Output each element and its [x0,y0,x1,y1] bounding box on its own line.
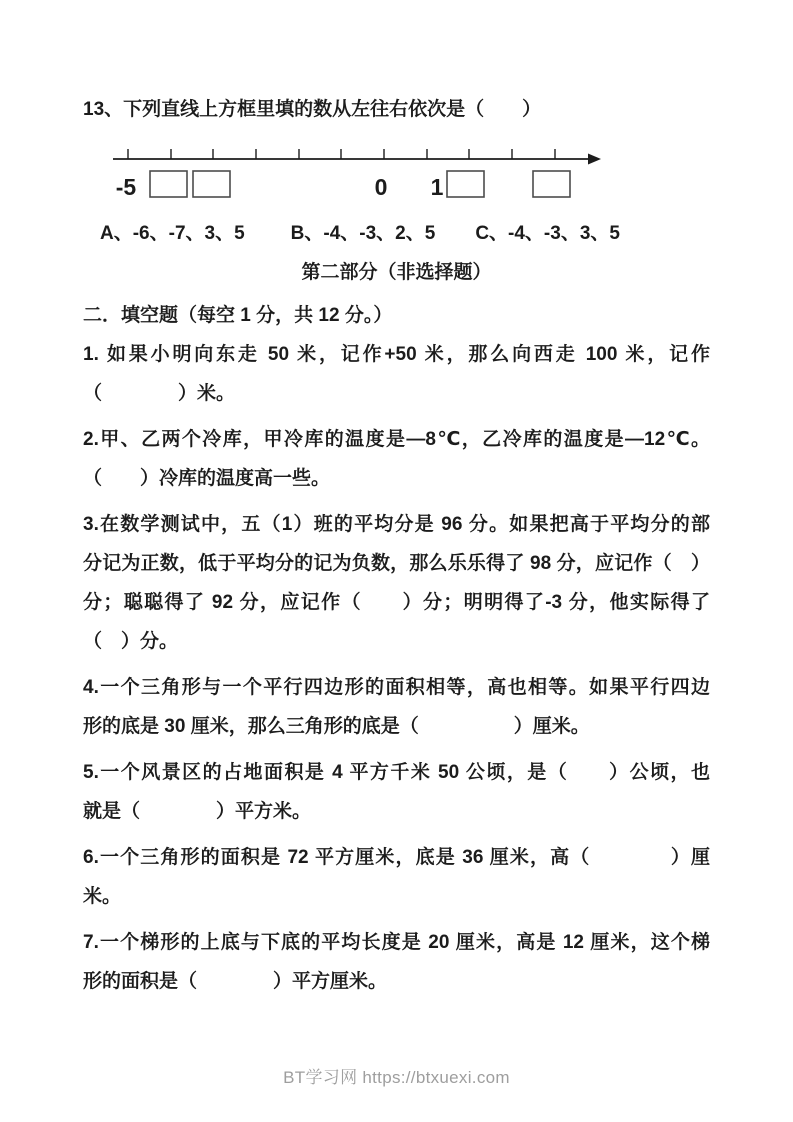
arrow-right-icon [588,154,601,165]
question-4-line-1: 4.一个三角形与一个平行四边形的面积相等，高也相等。如果平行四边 [83,668,710,707]
answer-boxes [150,171,570,197]
worksheet-page: 13、下列直线上方框里填的数从左往右依次是（ ） [0,0,793,1122]
question-5: 5.一个风景区的占地面积是 4 平方千米 50 公顷，是（ ）公顷，也 就是（ … [83,753,710,831]
question-1: 1. 如果小明向东走 50 米，记作+50 米，那么向西走 100 米，记作 （… [83,335,710,413]
question-2-line-1: 2.甲、乙两个冷库，甲冷库的温度是—8℃，乙冷库的温度是—12℃。 [83,420,710,459]
tick-marks [128,149,555,159]
question-2: 2.甲、乙两个冷库，甲冷库的温度是—8℃，乙冷库的温度是—12℃。 （ ）冷库的… [83,420,710,498]
options-row: A、-6、-7、3、5 B、-4、-3、2、5 C、-4、-3、3、5 [83,214,710,253]
option-a: A、-6、-7、3、5 [100,214,245,253]
question-3-line-1: 3.在数学测试中，五（1）班的平均分是 96 分。如果把高于平均分的部 [83,505,710,544]
question-7: 7.一个梯形的上底与下底的平均长度是 20 厘米，高是 12 厘米，这个梯 形的… [83,923,710,1001]
question-2-line-2: （ ）冷库的温度高一些。 [83,459,710,498]
answer-box-1 [150,171,187,197]
question-3: 3.在数学测试中，五（1）班的平均分是 96 分。如果把高于平均分的部 分记为正… [83,505,710,661]
option-b: B、-4、-3、2、5 [291,214,436,253]
question-6-line-2: 米。 [83,877,710,916]
question-1-line-1: 1. 如果小明向东走 50 米，记作+50 米，那么向西走 100 米，记作 [83,335,710,374]
footer-watermark: BT学习网 https://btxuexi.com [0,1068,793,1088]
question-4: 4.一个三角形与一个平行四边形的面积相等，高也相等。如果平行四边 形的底是 30… [83,668,710,746]
question-3-line-4: （ ）分。 [83,622,710,661]
question-4-line-2: 形的底是 30 厘米，那么三角形的底是（ ）厘米。 [83,707,710,746]
answer-box-4 [533,171,570,197]
question-1-line-2: （ ）米。 [83,374,710,413]
axis-label-0: 0 [375,174,388,200]
axis-label-1: 1 [431,174,444,200]
answer-box-3 [447,171,484,197]
question-5-line-2: 就是（ ）平方米。 [83,792,710,831]
question-7-line-1: 7.一个梯形的上底与下底的平均长度是 20 厘米，高是 12 厘米，这个梯 [83,923,710,962]
question-6: 6.一个三角形的面积是 72 平方厘米，底是 36 厘米，高（ ）厘 米。 [83,838,710,916]
fill-in-blanks-heading: 二．填空题（每空 1 分，共 12 分。） [83,296,710,335]
answer-box-2 [193,171,230,197]
question-7-line-2: 形的面积是（ ）平方厘米。 [83,962,710,1001]
axis-label-minus5: -5 [116,174,137,200]
question-13-title: 13、下列直线上方框里填的数从左往右依次是（ ） [83,90,710,129]
option-c: C、-4、-3、3、5 [475,214,620,253]
question-3-line-3: 分；聪聪得了 92 分，应记作（ ）分；明明得了-3 分，他实际得了 [83,583,710,622]
part2-heading: 第二部分（非选择题） [83,253,710,292]
number-line-diagram: -5 0 1 [0,129,710,214]
question-3-line-2: 分记为正数，低于平均分的记为负数，那么乐乐得了 98 分，应记作（ ） [83,544,710,583]
question-5-line-1: 5.一个风景区的占地面积是 4 平方千米 50 公顷，是（ ）公顷，也 [83,753,710,792]
question-6-line-1: 6.一个三角形的面积是 72 平方厘米，底是 36 厘米，高（ ）厘 [83,838,710,877]
